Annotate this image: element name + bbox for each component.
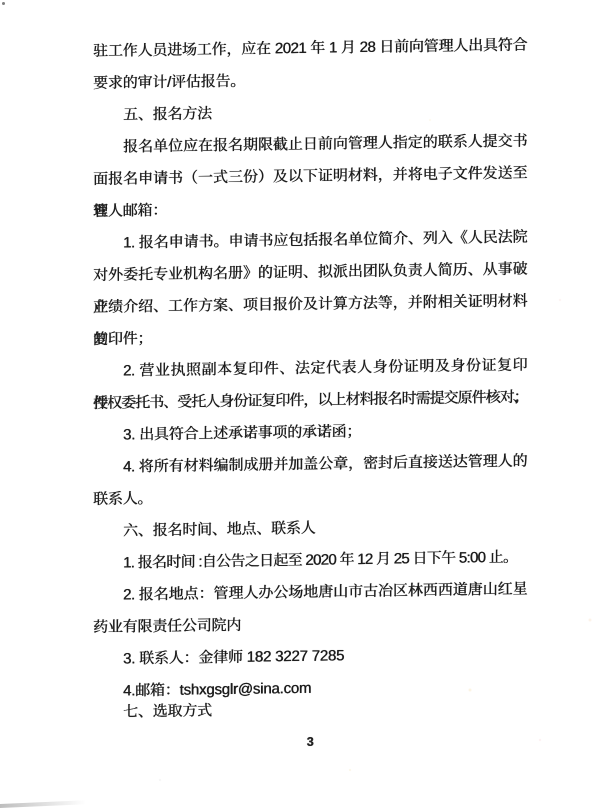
scan-speck (2, 2, 5, 5)
page-number: 3 (93, 723, 527, 761)
list-item: 2. 报名地点：管理人办公场地唐山市古冶区林西西道唐山红星 (93, 574, 527, 612)
document-body: 驻工作人员进场工作，应在 2021 年 1 月 28 日前向管理人出具符合 要求… (93, 30, 527, 761)
doc-line: 面报名申请书（一式三份）及以下证明材料，并将电子文件发送至管 (93, 158, 527, 196)
doc-line: 驻工作人员进场工作，应在 2021 年 1 月 28 日前向管理人出具符合 (93, 30, 527, 68)
scanned-document-page: 驻工作人员进场工作，应在 2021 年 1 月 28 日前向管理人出具符合 要求… (0, 0, 606, 809)
doc-line: 业绩介绍、工作方案、项目报价及计算方法等，并附相关证明材料的 (93, 286, 527, 324)
doc-line: 授权委托书、受托人身份证复印件，以上材料报名时需提交原件核对； (93, 382, 527, 420)
scan-edge-artifact (0, 800, 86, 808)
list-item: 4. 将所有材料编制成册并加盖公章，密封后直接送达管理人的 (93, 446, 527, 484)
